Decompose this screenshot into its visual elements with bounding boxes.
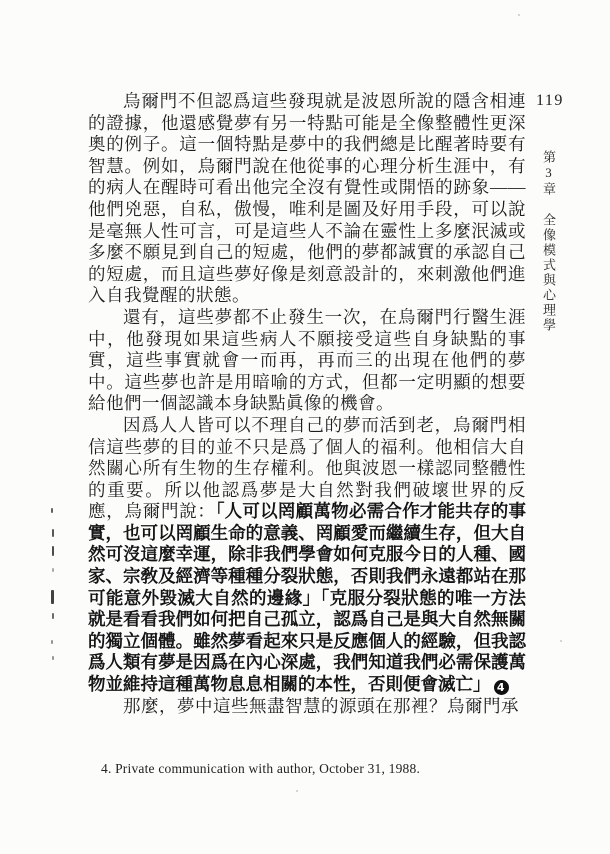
margin-mark	[51, 590, 54, 604]
page-number: 119	[536, 92, 564, 110]
margin-mark	[51, 640, 53, 644]
paragraph-1: 烏爾門不但認爲這些發現就是波恩所說的隱含相連的證據，他還感覺夢有另一特點可能是全…	[88, 91, 526, 307]
footnote-marker-4-icon: 4	[494, 680, 509, 695]
margin-mark	[51, 508, 53, 513]
paper-speck	[296, 790, 298, 792]
chapter-title: 全像模式與心理學	[539, 213, 558, 333]
paragraph-3: 因爲人人皆可以不理自己的夢而活到老，烏爾門相信這些夢的目的並不只是爲了個人的福利…	[88, 415, 526, 696]
paragraph-3-quote: 「人可以罔顧萬物必需合作才能共存的事實，也可以罔顧生命的意義、罔顧愛而繼續生存，…	[88, 501, 526, 694]
paper-speck	[518, 14, 520, 16]
paragraph-2: 還有，這些夢都不止發生一次，在烏爾門行醫生涯中，他發現如果這些病人不願接受這些自…	[88, 307, 526, 415]
margin-mark	[52, 656, 54, 660]
margin-mark	[52, 568, 54, 572]
book-page: 119 第3章全像模式與心理學 烏爾門不但認爲這些發現就是波恩所說的隱含相連的證…	[0, 0, 610, 854]
body-text-block: 烏爾門不但認爲這些發現就是波恩所說的隱含相連的證據，他還感覺夢有另一特點可能是全…	[88, 91, 526, 717]
chapter-marker: 第3章全像模式與心理學	[539, 150, 558, 333]
margin-mark	[52, 546, 54, 556]
paragraph-4: 那麼，夢中這些無盡智慧的源頭在那裡？烏爾門承	[88, 696, 526, 718]
margin-mark	[52, 529, 54, 537]
paper-speck	[345, 350, 347, 352]
paper-speck	[560, 640, 562, 642]
margin-mark	[52, 613, 54, 619]
footnote-text: 4. Private communication with author, Oc…	[101, 761, 420, 777]
chapter-number-label: 第3章	[539, 150, 558, 197]
